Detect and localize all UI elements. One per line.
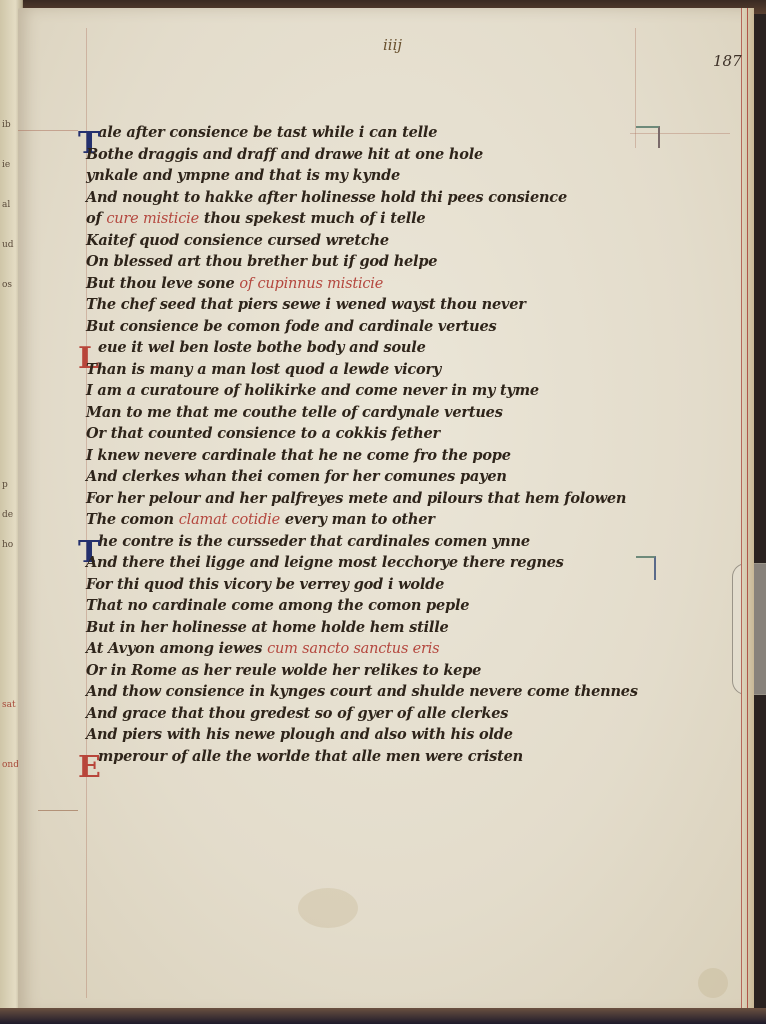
parchment-stain — [298, 888, 358, 928]
text-block: T ale after consience be tast while i ca… — [86, 122, 766, 767]
text-line: And grace that thou gredest so of gyer o… — [86, 703, 766, 725]
manuscript-page: iiij 187 T ale after consience be tast w… — [18, 8, 754, 1014]
rubric-text: clamat cotidie — [179, 512, 280, 528]
text-line: For thi quod this vicory be verrey god i… — [86, 574, 766, 596]
text-line: Bothe draggis and draff and drawe hit at… — [86, 144, 766, 166]
text-line: of cure misticie thou spekest much of i … — [86, 208, 766, 230]
text-line: And nought to hakke after holinesse hold… — [86, 187, 766, 209]
decorated-initial-red: E — [78, 748, 101, 788]
text-line: That no cardinale come among the comon p… — [86, 595, 766, 617]
text-line: T ale after consience be tast while i ca… — [86, 122, 766, 144]
quire-signature: iiij — [383, 36, 402, 54]
text-line: For her pelour and her palfreyes mete an… — [86, 488, 766, 510]
text-line: Kaitef quod consience cursed wretche — [86, 230, 766, 252]
text-line: But consience be comon fode and cardinal… — [86, 316, 766, 338]
text-line: T he contre is the cursseder that cardin… — [86, 531, 766, 553]
text-line: And thow consience in kynges court and s… — [86, 681, 766, 703]
rubric-text: cure misticie — [106, 211, 199, 227]
text-line: Or in Rome as her reule wolde her relike… — [86, 660, 766, 682]
ruling-line-top — [18, 130, 78, 131]
rubric-text: cum sancto sanctus eris — [267, 641, 439, 657]
text-line: Than is many a man lost quod a lewde vic… — [86, 359, 766, 381]
text-line: L eue it wel ben loste bothe body and so… — [86, 337, 766, 359]
text-line: ynkale and ympne and that is my kynde — [86, 165, 766, 187]
text-line: At Avyon among iewes cum sancto sanctus … — [86, 638, 766, 660]
text-line: I knew nevere cardinale that he ne come … — [86, 445, 766, 467]
text-line: E mperour of alle the worlde that alle m… — [86, 746, 766, 768]
text-line: And clerkes whan thei comen for her comu… — [86, 466, 766, 488]
text-line: The comon clamat cotidie every man to ot… — [86, 509, 766, 531]
parchment-stain — [698, 968, 728, 998]
text-line: And piers with his newe plough and also … — [86, 724, 766, 746]
rubric-text: of cupinnus misticie — [239, 276, 383, 292]
text-line: On blessed art thou brether but if god h… — [86, 251, 766, 273]
binding-bottom-edge — [0, 1008, 766, 1024]
text-line: Man to me that me couthe telle of cardyn… — [86, 402, 766, 424]
folio-number: 187 — [713, 52, 742, 70]
text-line: But in her holinesse at home holde hem s… — [86, 617, 766, 639]
ruling-line-bottom — [38, 810, 78, 811]
text-line: And there thei ligge and leigne most lec… — [86, 552, 766, 574]
text-line: The chef seed that piers sewe i wened wa… — [86, 294, 766, 316]
text-line: Or that counted consience to a cokkis fe… — [86, 423, 766, 445]
text-line: But thou leve sone of cupinnus misticie — [86, 273, 766, 295]
text-line: I am a curatoure of holikirke and come n… — [86, 380, 766, 402]
